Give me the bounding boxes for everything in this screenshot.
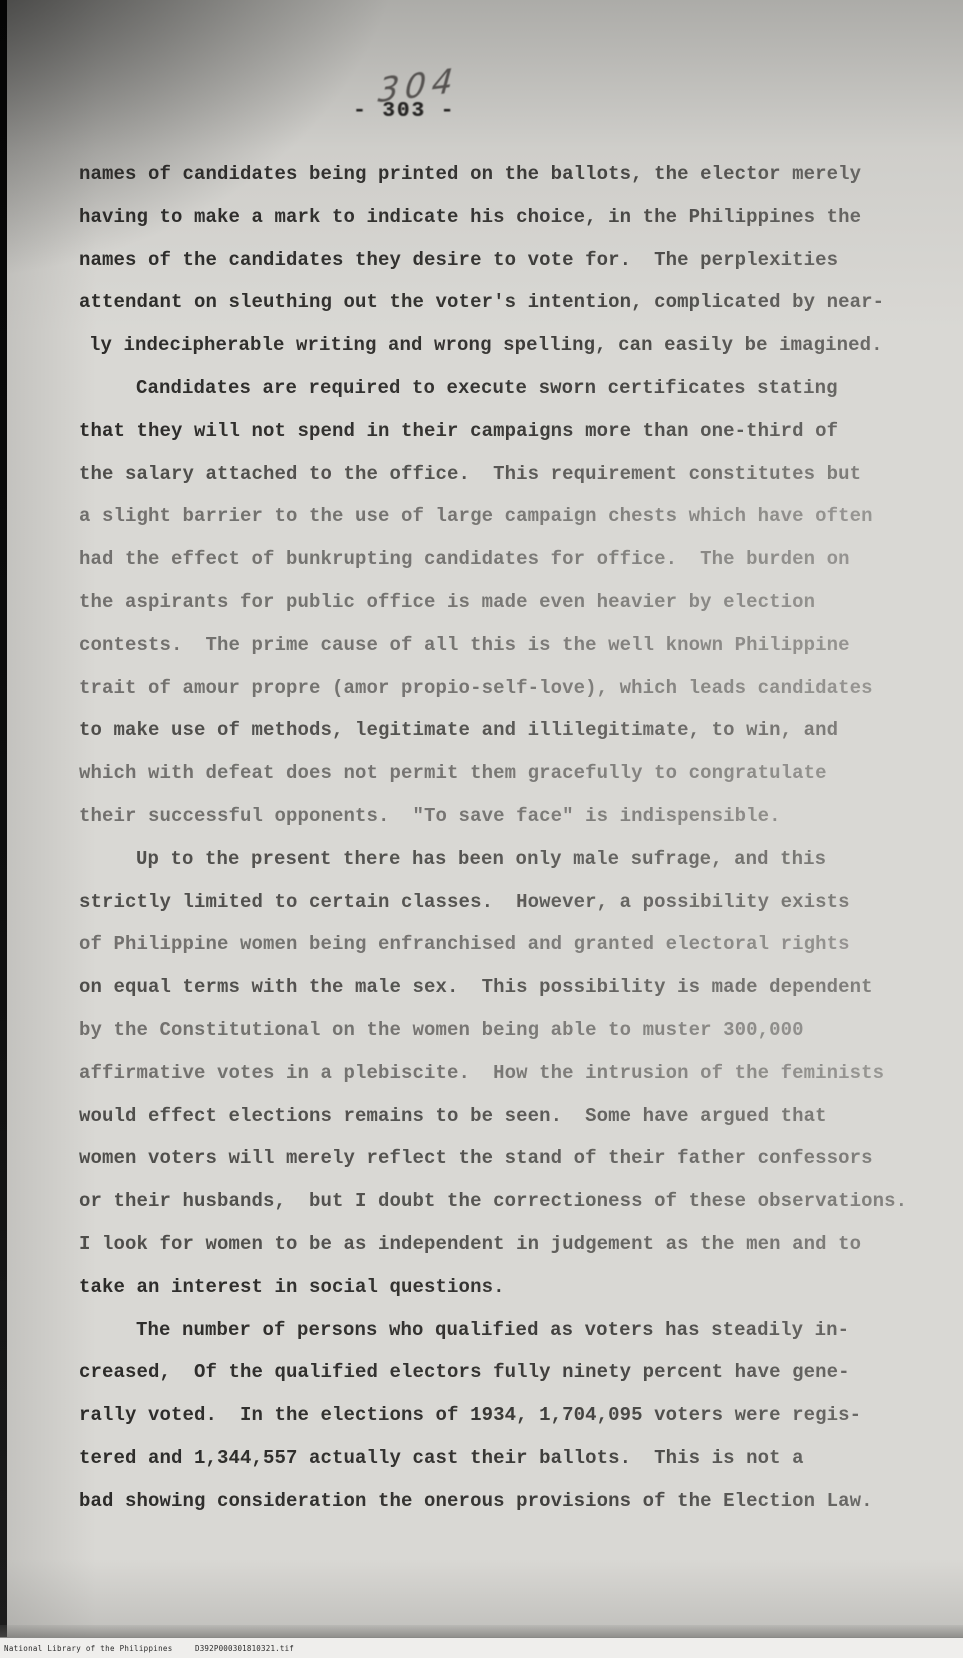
text-line: affirmative votes in a plebiscite. How t… xyxy=(79,1062,939,1105)
digitization-footer: National Library of the Philippines D392… xyxy=(0,1637,963,1658)
typed-page-number: - 303 - xyxy=(353,100,455,123)
text-line: bad showing consideration the onerous pr… xyxy=(79,1490,939,1533)
text-line: would effect elections remains to be see… xyxy=(79,1105,939,1148)
text-line: by the Constitutional on the women being… xyxy=(79,1019,939,1062)
text-line: their successful opponents. "To save fac… xyxy=(79,805,939,848)
text-line: tered and 1,344,557 actually cast their … xyxy=(79,1447,939,1490)
text-line: to make use of methods, legitimate and i… xyxy=(79,719,939,762)
text-line: ly indecipherable writing and wrong spel… xyxy=(79,334,939,377)
text-line: on equal terms with the male sex. This p… xyxy=(79,976,939,1019)
text-line: that they will not spend in their campai… xyxy=(79,420,939,463)
text-line: I look for women to be as independent in… xyxy=(79,1233,939,1276)
text-line: creased, Of the qualified electors fully… xyxy=(79,1361,939,1404)
text-line: contests. The prime cause of all this is… xyxy=(79,634,939,677)
footer-filename: D392P000301810321.tif xyxy=(195,1644,294,1653)
text-line: The number of persons who qualified as v… xyxy=(79,1319,939,1362)
text-line: attendant on sleuthing out the voter's i… xyxy=(79,291,939,334)
text-line: names of candidates being printed on the… xyxy=(79,163,939,206)
document-text: names of candidates being printed on the… xyxy=(79,163,939,1533)
text-line: a slight barrier to the use of large cam… xyxy=(79,505,939,548)
text-line: which with defeat does not permit them g… xyxy=(79,762,939,805)
text-line: Candidates are required to execute sworn… xyxy=(79,377,939,420)
text-line: had the effect of bunkrupting candidates… xyxy=(79,548,939,591)
text-line: Up to the present there has been only ma… xyxy=(79,848,939,891)
text-line: trait of amour propre (amor propio-self-… xyxy=(79,677,939,720)
text-line: women voters will merely reflect the sta… xyxy=(79,1147,939,1190)
text-line: take an interest in social questions. xyxy=(79,1276,939,1319)
scan-edge-strip xyxy=(0,0,7,1638)
text-line: or their husbands, but I doubt the corre… xyxy=(79,1190,939,1233)
text-line: of Philippine women being enfranchised a… xyxy=(79,933,939,976)
text-line: strictly limited to certain classes. How… xyxy=(79,891,939,934)
text-line: the salary attached to the office. This … xyxy=(79,463,939,506)
text-line: the aspirants for public office is made … xyxy=(79,591,939,634)
text-line: rally voted. In the elections of 1934, 1… xyxy=(79,1404,939,1447)
footer-source-label: National Library of the Philippines xyxy=(4,1644,173,1653)
text-line: names of the candidates they desire to v… xyxy=(79,249,939,292)
text-line: having to make a mark to indicate his ch… xyxy=(79,206,939,249)
